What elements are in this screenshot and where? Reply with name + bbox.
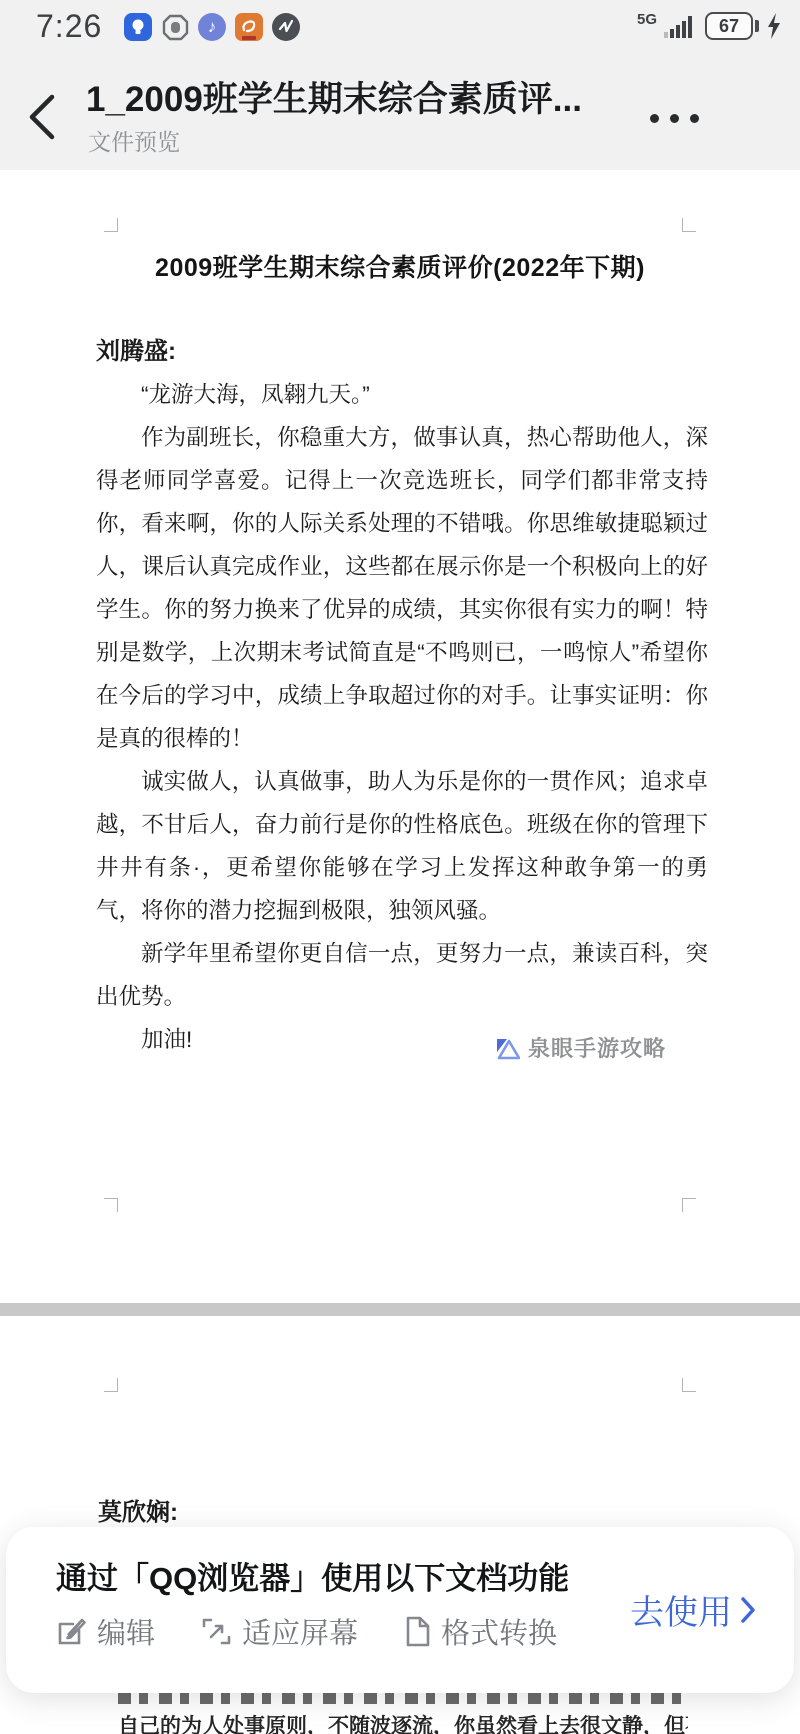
margin-mark [104,1198,118,1212]
feature-label: 编辑 [97,1611,155,1652]
quote-line: “龙游大海，凤翱九天。” [96,373,708,416]
margin-mark [682,218,696,232]
feature-format-convert[interactable]: 格式转换 [404,1611,557,1652]
battery-percent: 67 [705,12,753,40]
network-type-label: 5G [637,13,657,27]
clipped-text-strip [118,1693,684,1704]
paragraph: 新学年里希望你更自信一点，更努力一点，兼读百科，突出优势。 [96,932,708,1018]
battery-nub [755,20,759,32]
feature-label: 格式转换 [441,1611,557,1652]
document-page-1[interactable]: 2009班学生期末综合素质评价(2022年下期) 刘腾盛: “龙游大海，凤翱九天… [0,170,800,1303]
chevron-right-icon [740,1596,756,1624]
watermark-text: 泉眼手游攻略 [528,1032,666,1063]
signal-bars-icon [664,12,698,40]
watermark: 泉眼手游攻略 [493,1032,666,1063]
music-app-icon: ♪ [198,13,226,41]
student-name: 莫欣娴: [98,1492,178,1527]
phone-screen: 7:26 ♪ 5G [0,0,800,1734]
more-options-icon[interactable] [650,114,699,123]
battery-icon: 67 [705,12,759,40]
feature-label: 适应屏幕 [242,1611,358,1652]
document-title: 2009班学生期末综合素质评价(2022年下期) [0,248,800,284]
do-not-disturb-icon [161,13,189,41]
margin-mark [104,1378,118,1392]
feature-edit[interactable]: 编辑 [56,1611,155,1652]
margin-mark [682,1378,696,1392]
go-use-label: 去使用 [630,1585,732,1634]
qq-browser-bottom-sheet: 通过「QQ浏览器」使用以下文档功能 编辑 适应屏幕 [6,1527,794,1693]
margin-mark [682,1198,696,1212]
orange-app-icon [235,13,263,41]
notification-icons: ♪ [124,13,300,41]
paragraph: 诚实做人，认真做事，助人为乐是你的一贯作风；追求卓越，不甘后人，奋力前行是你的性… [96,760,708,932]
charging-bolt-icon [766,13,782,39]
file-title: 1_2009班学生期末综合素质评... [86,72,631,122]
triangle-logo-icon [493,1034,520,1061]
student-name: 刘腾盛: [96,330,708,373]
margin-mark [104,218,118,232]
back-chevron-icon[interactable] [26,92,58,142]
file-preview-label: 文件预览 [88,124,180,157]
paragraph: 作为副班长，你稳重大方，做事认真，热心帮助他人，深得老师同学喜爱。记得上一次竞选… [96,416,708,760]
format-convert-icon [404,1616,431,1647]
feature-fit-screen[interactable]: 适应屏幕 [201,1611,358,1652]
dark-app-icon [272,13,300,41]
edit-icon [56,1616,87,1647]
page-separator [0,1303,800,1316]
clock: 7:26 [36,8,102,45]
partial-text-line: 自己的为人处事原则，不随波逐流，你虽然看上去很文静，但不是 [118,1710,688,1734]
feature-row: 编辑 适应屏幕 格式转换 [56,1611,557,1652]
go-use-button[interactable]: 去使用 [630,1585,756,1634]
status-bar-right: 5G 67 [637,12,782,40]
fit-screen-icon [201,1616,232,1647]
sheet-heading: 通过「QQ浏览器」使用以下文档功能 [56,1553,569,1598]
file-preview-header: 1_2009班学生期末综合素质评... 文件预览 [0,56,800,170]
document-body: 刘腾盛: “龙游大海，凤翱九天。” 作为副班长，你稳重大方，做事认真，热心帮助他… [96,330,708,1061]
flashlight-icon [124,13,152,41]
status-bar: 7:26 ♪ 5G [0,0,800,56]
